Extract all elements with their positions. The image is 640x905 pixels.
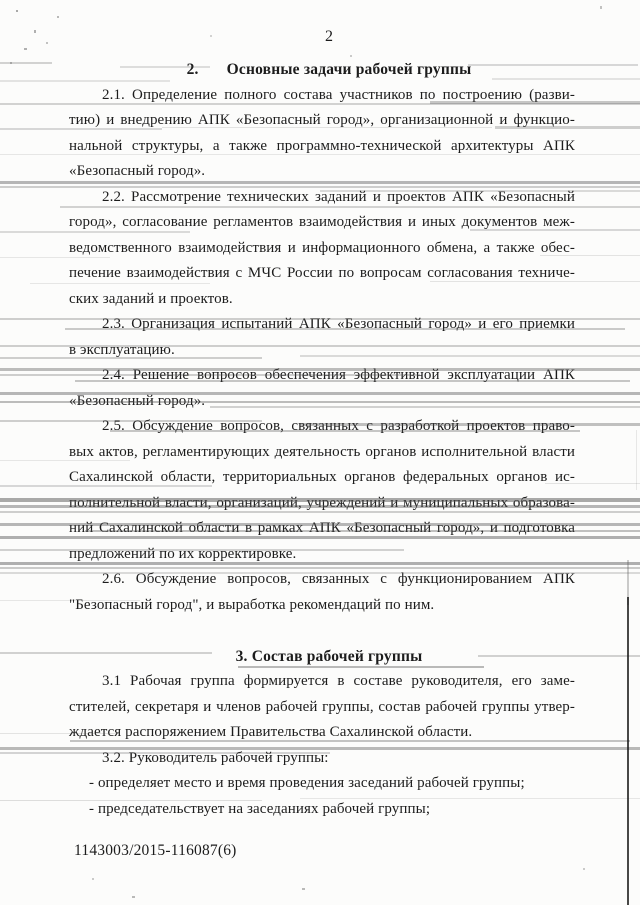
footer-reference-code: 1143003/2015-116087(6) xyxy=(74,842,237,860)
document-line: «Безопасный город». xyxy=(69,159,575,185)
section-heading: 2.Основные задачи рабочей группы xyxy=(69,57,575,83)
document-line: нальной структуры, а также программно-те… xyxy=(69,134,575,160)
scan-artifact xyxy=(302,888,305,890)
section-title: Основные задачи рабочей группы xyxy=(227,61,472,78)
document-line: стителей, секретаря и членов рабочей гру… xyxy=(69,695,575,721)
scan-artifact xyxy=(0,62,52,64)
document-line: город», согласование регламентов взаимод… xyxy=(69,210,575,236)
document-line: печение взаимодействия с МЧС России по в… xyxy=(69,261,575,287)
document-line: предложений по их корректировке. xyxy=(69,542,575,568)
document-line: 2.3. Организация испытаний АПК «Безопасн… xyxy=(69,312,575,338)
scan-artifact xyxy=(627,597,629,905)
scan-artifact xyxy=(92,878,94,880)
list-item: - определяет место и время проведения за… xyxy=(69,771,575,797)
document-line: 2.2. Рассмотрение технических заданий и … xyxy=(69,185,575,211)
scan-artifact xyxy=(57,16,59,18)
scan-artifact xyxy=(627,560,629,605)
scan-artifact xyxy=(600,6,602,9)
section-number: 2. xyxy=(187,61,199,78)
document-line: вых актов, регламентирующих деятельность… xyxy=(69,440,575,466)
document-line: 2.1. Определение полного состава участни… xyxy=(69,83,575,109)
document-line: ждается распоряжением Правительства Саха… xyxy=(69,720,575,746)
page-number: 2 xyxy=(0,28,640,46)
scan-artifact xyxy=(16,10,18,12)
scanned-document-page: 2 2.Основные задачи рабочей группы2.1. О… xyxy=(0,0,640,905)
document-line: Сахалинской области, территориальных орг… xyxy=(69,465,575,491)
document-line: ведомственного взаимодействия и информац… xyxy=(69,236,575,262)
document-line: 3.2. Руководитель рабочей группы: xyxy=(69,746,575,772)
document-line: ний Сахалинской области в рамках АПК «Бе… xyxy=(69,516,575,542)
scan-artifact xyxy=(132,896,135,898)
scan-artifact xyxy=(10,62,12,64)
document-line: 3.1 Рабочая группа формируется в составе… xyxy=(69,669,575,695)
scan-artifact xyxy=(636,430,637,490)
document-line: 2.5. Обсуждение вопросов, связанных с ра… xyxy=(69,414,575,440)
document-line: в эксплуатацию. xyxy=(69,338,575,364)
document-line: тию) и внедрению АПК «Безопасный город»,… xyxy=(69,108,575,134)
document-line: ских заданий и проектов. xyxy=(69,287,575,313)
document-line: 2.6. Обсуждение вопросов, связанных с фу… xyxy=(69,567,575,593)
scan-artifact xyxy=(24,48,27,50)
scan-artifact xyxy=(583,868,585,870)
list-item: - председательствует на заседаниях рабоч… xyxy=(69,797,575,823)
document-line: "Безопасный город", и выработка рекоменд… xyxy=(69,593,575,619)
document-line: полнительной власти, организаций, учрежд… xyxy=(69,491,575,517)
document-body: 2.Основные задачи рабочей группы2.1. Опр… xyxy=(69,57,575,822)
section-heading: 3. Состав рабочей группы xyxy=(69,644,575,670)
document-line: 2.4. Решение вопросов обеспечения эффект… xyxy=(69,363,575,389)
document-line: «Безопасный город». xyxy=(69,389,575,415)
